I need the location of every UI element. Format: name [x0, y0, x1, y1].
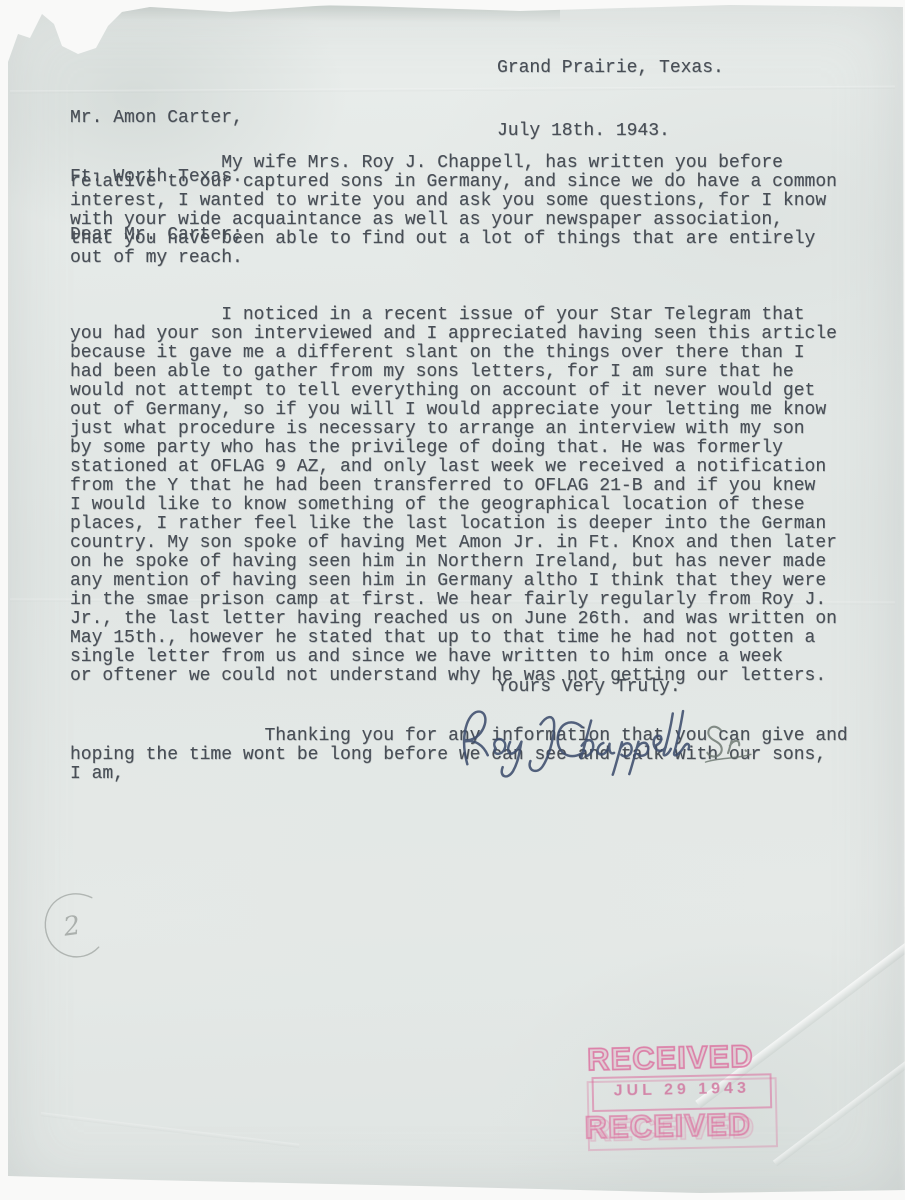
scanned-letter: Grand Prairie, Texas. July 18th. 1943. M… [0, 0, 905, 1200]
pencil-note-text: 2 [61, 911, 83, 943]
letter-paper: Grand Prairie, Texas. July 18th. 1943. M… [0, 0, 905, 1200]
received-stamp: RECEIVED JUL 29 1943 RECEIVED RECEIVED [583, 1038, 797, 1160]
letterhead-place: Grand Prairie, Texas. [497, 58, 724, 79]
top-fold-shadow [110, 4, 560, 25]
paragraph-2: I noticed in a recent issue of your Star… [70, 306, 870, 686]
signature-handwriting [448, 686, 803, 792]
stamp-date: JUL 29 1943 [594, 1079, 770, 1101]
pencil-circled-note: 2 [28, 878, 126, 979]
stamp-word-top: RECEIVED [587, 1038, 754, 1078]
stamp-word-bottom-echo: RECEIVED [588, 1109, 755, 1149]
paragraph-1: My wife Mrs. Roy J. Chappell, has writte… [70, 154, 870, 268]
